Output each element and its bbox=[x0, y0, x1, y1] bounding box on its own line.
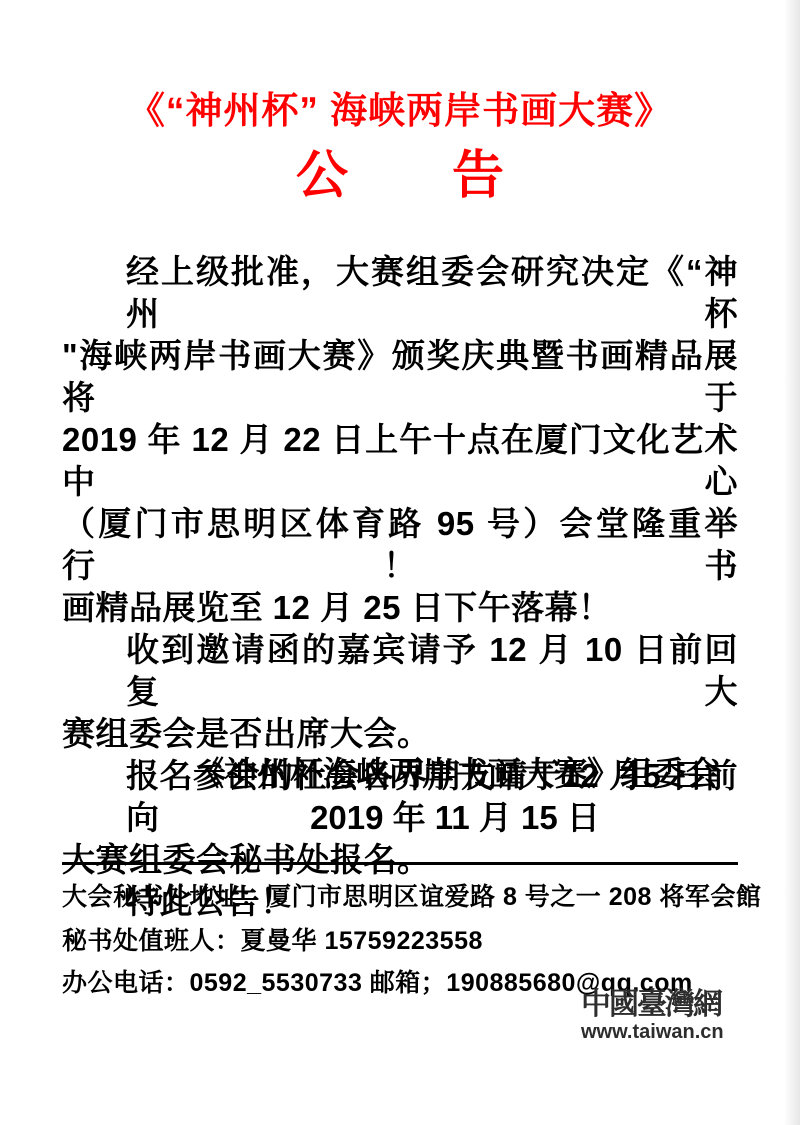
body-line: 画精品展览至 12 月 25 日下午落幕！ bbox=[62, 587, 738, 629]
body-line: 赛组委会是否出席大会。 bbox=[62, 713, 738, 755]
watermark-site-url: www.taiwan.cn bbox=[581, 1021, 761, 1043]
body-line: 大赛组委会秘书处报名。 bbox=[62, 839, 738, 881]
document-subtitle: 公 告 bbox=[0, 146, 800, 206]
footer-duty-contact: 秘书处值班人：夏曼华 15759223558 bbox=[62, 926, 483, 956]
signature: 《神州杯海峡两岸书画大赛》组委会 bbox=[120, 752, 790, 796]
body-line: （厦门市思明区体育路 95 号）会堂隆重举行！书 bbox=[62, 503, 738, 587]
footer-address: 大会秘书处地址：厦门市思明区谊爱路 8 号之一 208 将军会館 bbox=[62, 882, 761, 912]
divider-line bbox=[62, 862, 738, 865]
body-line: 经上级批准，大赛组委会研究决定《“神州杯 bbox=[62, 251, 738, 335]
body-line: 2019 年 12 月 22 日上午十点在厦门文化艺术中心 bbox=[62, 419, 738, 503]
signature-date: 2019 年 11 月 15 日 bbox=[120, 796, 790, 840]
body-line: "海峡两岸书画大赛》颁奖庆典暨书画精品展将于 bbox=[62, 335, 738, 419]
site-watermark: 中國臺灣網 www.taiwan.cn bbox=[581, 988, 761, 1043]
announcement-document: 《“神州杯” 海峡两岸书画大赛》 公 告 经上级批准，大赛组委会研究决定《“神州… bbox=[0, 0, 800, 1125]
document-title: 《“神州杯” 海峡两岸书画大赛》 bbox=[0, 90, 800, 132]
body-line: 收到邀请函的嘉宾请予 12 月 10 日前回复大 bbox=[62, 629, 738, 713]
watermark-site-name: 中國臺灣網 bbox=[581, 988, 761, 1021]
signature-block: 《神州杯海峡两岸书画大赛》组委会 2019 年 11 月 15 日 bbox=[120, 752, 790, 840]
